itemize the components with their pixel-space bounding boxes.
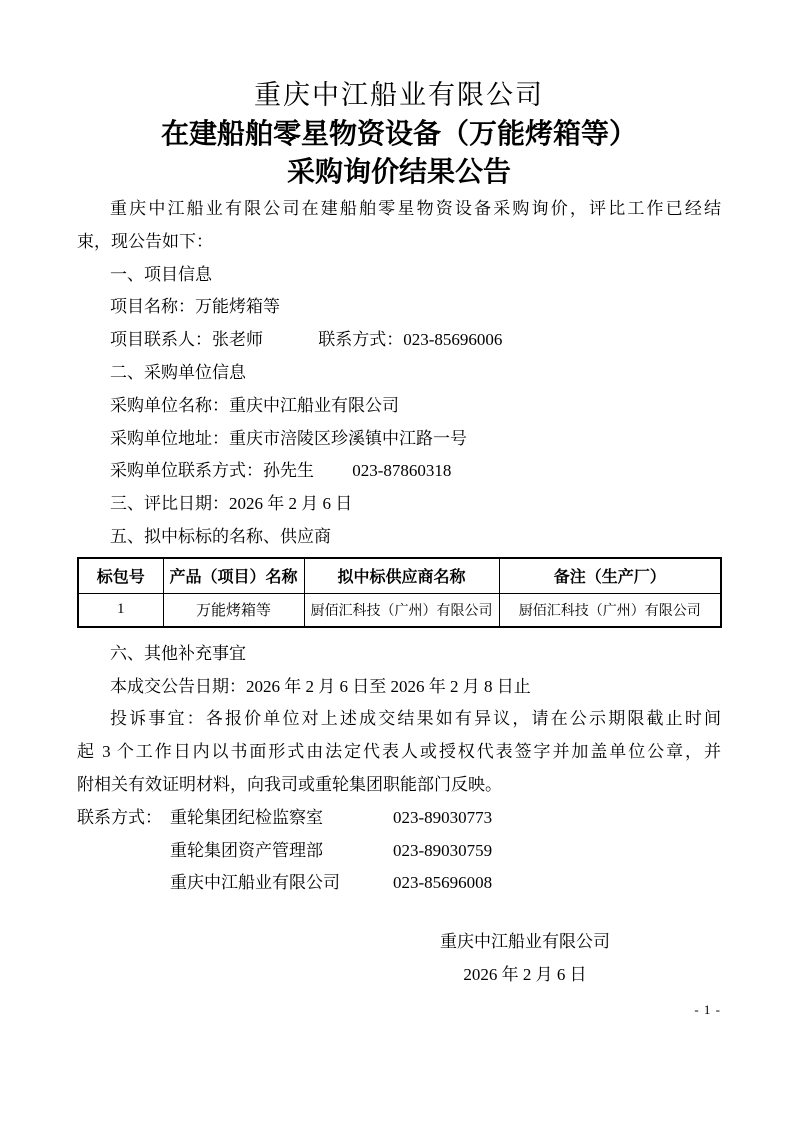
contact-dept: 重轮集团资产管理部 [170,835,393,868]
complaint-line-2: 起 3 个工作日内以书面形式由法定代表人或授权代表签字并加盖单位公章，并 [77,736,721,769]
table-row: 1 万能烤箱等 厨佰汇科技（广州）有限公司 厨佰汇科技（广州）有限公司 [78,593,721,627]
table-header-supplier-name: 拟中标供应商名称 [304,558,499,594]
purchaser-name-line: 采购单位名称：重庆中江船业有限公司 [77,390,721,423]
section-3-heading: 三、评比日期：2026 年 2 月 6 日 [77,488,721,521]
body-text: 重庆中江船业有限公司在建船舶零星物资设备采购询价，评比工作已经结 束，现公告如下… [77,193,721,991]
doc-title-type: 采购询价结果公告 [77,153,721,191]
document-content: 重庆中江船业有限公司 在建船舶零星物资设备（万能烤箱等） 采购询价结果公告 重庆… [77,76,721,991]
table-header-row: 标包号 产品（项目）名称 拟中标供应商名称 备注（生产厂） [78,558,721,594]
cell-package-no: 1 [78,593,163,627]
award-table: 标包号 产品（项目）名称 拟中标供应商名称 备注（生产厂） 1 万能烤箱等 厨佰… [77,557,722,628]
cell-remark: 厨佰汇科技（广州）有限公司 [499,593,721,627]
contact-dept: 重庆中江船业有限公司 [170,867,393,900]
purchaser-address-line: 采购单位地址：重庆市涪陵区珍溪镇中江路一号 [77,423,721,456]
doc-title-company: 重庆中江船业有限公司 [77,76,721,114]
signature-company: 重庆中江船业有限公司 [329,925,721,958]
announce-period-line: 本成交公告日期：2026 年 2 月 6 日至 2026 年 2 月 8 日止 [77,671,721,704]
contact-label: 联系方式： [77,802,170,835]
cell-product-name: 万能烤箱等 [163,593,304,627]
table-header-package-no: 标包号 [78,558,163,594]
intro-line-1: 重庆中江船业有限公司在建船舶零星物资设备采购询价，评比工作已经结 [77,193,721,226]
signature-date: 2026 年 2 月 6 日 [329,958,721,991]
page-number: - 1 - [694,1002,721,1018]
contact-phone: 023-89030773 [393,808,492,827]
section-2-heading: 二、采购单位信息 [77,357,721,390]
purchaser-contact-line: 采购单位联系方式：孙先生 023-87860318 [77,455,721,488]
table-header-remark: 备注（生产厂） [499,558,721,594]
complaint-line-3: 附相关有效证明材料，向我司或重轮集团职能部门反映。 [77,769,721,802]
contact-line-discipline: 联系方式：重轮集团纪检监察室023-89030773 [77,802,721,835]
contact-phone: 023-89030759 [393,841,492,860]
section-5-heading: 五、拟中标标的名称、供应商 [77,521,721,554]
project-contact-line: 项目联系人：张老师 联系方式：023-85696006 [77,324,721,357]
section-6-heading: 六、其他补充事宜 [77,638,721,671]
complaint-line-1: 投诉事宜：各报价单位对上述成交结果如有异议，请在公示期限截止时间 [77,703,721,736]
doc-title-subject: 在建船舶零星物资设备（万能烤箱等） [77,114,721,153]
contact-phone: 023-85696008 [393,873,492,892]
intro-line-2: 束，现公告如下： [77,226,721,259]
contact-line-company: 重庆中江船业有限公司023-85696008 [77,867,721,900]
cell-supplier-name: 厨佰汇科技（广州）有限公司 [304,593,499,627]
table-header-product-name: 产品（项目）名称 [163,558,304,594]
contact-line-assets: 重轮集团资产管理部023-89030759 [77,835,721,868]
section-1-heading: 一、项目信息 [77,259,721,292]
contact-dept: 重轮集团纪检监察室 [170,802,393,835]
document-page: 重庆中江船业有限公司 在建船舶零星物资设备（万能烤箱等） 采购询价结果公告 重庆… [0,0,793,1122]
project-name-line: 项目名称：万能烤箱等 [77,291,721,324]
signature-block: 重庆中江船业有限公司 2026 年 2 月 6 日 [77,925,721,991]
